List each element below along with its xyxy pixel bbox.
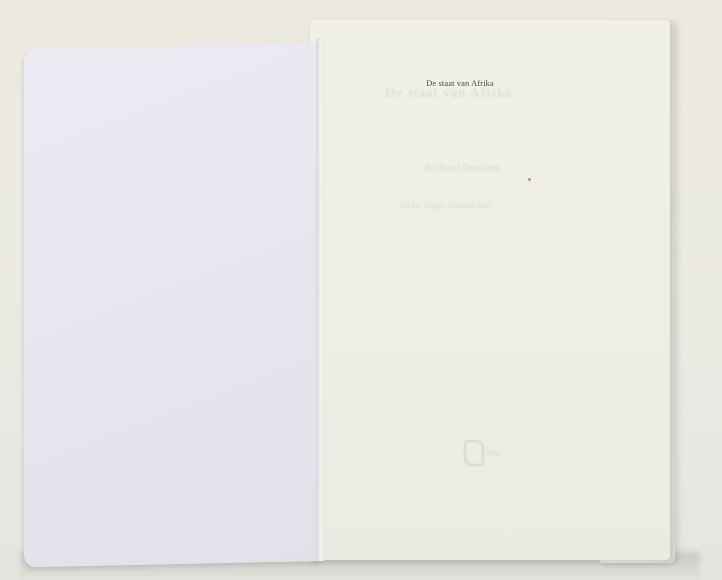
photo-scene: De staat van Afrika De staat van Afrika … — [0, 0, 722, 580]
show-through-publisher: Atlas — [486, 449, 501, 457]
page-speck — [528, 178, 531, 181]
show-through-author: Richard Dowden — [425, 162, 500, 174]
book-gutter — [316, 38, 324, 561]
show-through-subtitle: Uit het Engels vertaald door — [400, 201, 490, 210]
show-through-title: De staat van Afrika — [385, 86, 512, 102]
inner-cover — [24, 43, 322, 567]
publisher-logo-icon — [464, 440, 484, 466]
